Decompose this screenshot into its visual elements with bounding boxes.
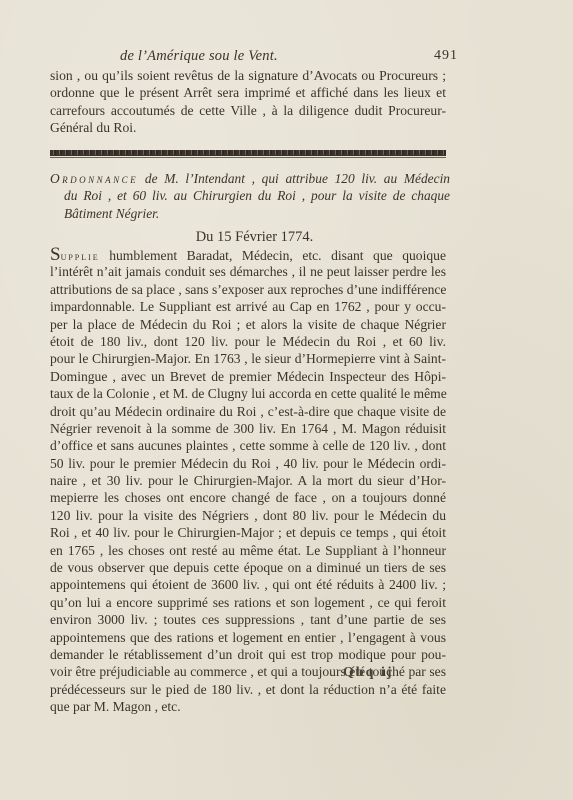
first-line-text: humblement Baradat, Médecin, etc. disant… (100, 248, 446, 263)
body-paragraph: Supplie humblement Baradat, Médecin, etc… (50, 246, 446, 716)
text-line: de vous observer que depuis cette époque… (50, 559, 446, 576)
continuation-paragraph: sion , ou qu’ils soient revêtus de la si… (50, 67, 446, 137)
text-line: demander le rétablissement d’un droit qu… (50, 646, 446, 663)
ordonnance-date: Du 15 Février 1774. (0, 229, 541, 246)
text-line: étoit de 180 liv., dont 120 liv. pour le… (50, 333, 446, 350)
heading-line: Bâtiment Négrier. (50, 205, 450, 222)
text-line: naire , et 30 liv. pour le Chirurgien-Ma… (50, 472, 446, 489)
running-head: de l’Amérique sou le Vent. 491 (50, 48, 450, 68)
book-page: de l’Amérique sou le Vent. 491 sion , ou… (0, 0, 573, 800)
text-line: d’office et sans aucunes plaintes , cett… (50, 437, 446, 454)
text-line: pour le Chirurgien-Major. En 1763 , le s… (50, 350, 446, 367)
text-line: prédécesseurs sur le pied de 180 liv. , … (50, 681, 446, 698)
ordonnance-heading: Ordonnance de M. l’Intendant , qui attri… (50, 170, 450, 222)
text-line: l’intérêt n’ait jamais conduit ses démar… (50, 263, 446, 280)
text-line: appointemens qui étoient de 3600 liv. , … (50, 576, 446, 593)
heading-line: du Roi , et 60 liv. au Chirurgien du Roi… (50, 187, 450, 204)
text-line: appointemens que des rations et logement… (50, 629, 446, 646)
text-line: que par M. Magon , etc. (50, 698, 446, 715)
opening-smallcaps: upplie (61, 249, 100, 263)
text-line: en 1765 , les choses ont resté au même é… (50, 542, 446, 559)
decorative-rule (50, 150, 446, 156)
text-line: ordonne que le présent Arrêt sera imprim… (50, 84, 446, 101)
text-line: droit qu’au Médecin ordinaire du Roi , c… (50, 403, 446, 420)
text-line: Général du Roi. (50, 119, 446, 136)
text-line: qu’on lui a encore supprimé ses rations … (50, 594, 446, 611)
text-line: 120 liv. pour la visite des Négriers , d… (50, 507, 446, 524)
text-line: attributions de sa place , sans s’expose… (50, 281, 446, 298)
drop-letter: S (50, 244, 61, 265)
signature-mark: Qbq ij (343, 665, 394, 681)
text-line: Roi , et 40 liv. pour le Chirurgien-Majo… (50, 524, 446, 541)
text-line: carrefours accoutumés de cette Ville , à… (50, 102, 446, 119)
page-number: 491 (434, 48, 458, 64)
heading-text: de M. l’Intendant , qui attribue 120 liv… (138, 171, 450, 186)
heading-title-smallcaps: Ordonnance (50, 171, 138, 186)
text-line: impardonnable. Le Suppliant est arrivé a… (50, 298, 446, 315)
text-line: per la place de Médecin du Roi ; et alor… (50, 316, 446, 333)
text-line: 50 liv. pour le premier Médecin du Roi ,… (50, 455, 446, 472)
text-line: taux de la Colonie , et M. de Clugny lui… (50, 385, 446, 402)
text-line: environ 3000 liv. ; toutes ces suppressi… (50, 611, 446, 628)
running-title: de l’Amérique sou le Vent. (120, 48, 278, 65)
text-line: sion , ou qu’ils soient revêtus de la si… (50, 67, 446, 84)
text-line: Supplie humblement Baradat, Médecin, etc… (50, 246, 446, 263)
text-line: mepierre les choses ont encore changé de… (50, 489, 446, 506)
text-line: Négrier revenoit à la somme de 300 liv. … (50, 420, 446, 437)
text-line: Domingue , avec un Brevet de premier Méd… (50, 368, 446, 385)
